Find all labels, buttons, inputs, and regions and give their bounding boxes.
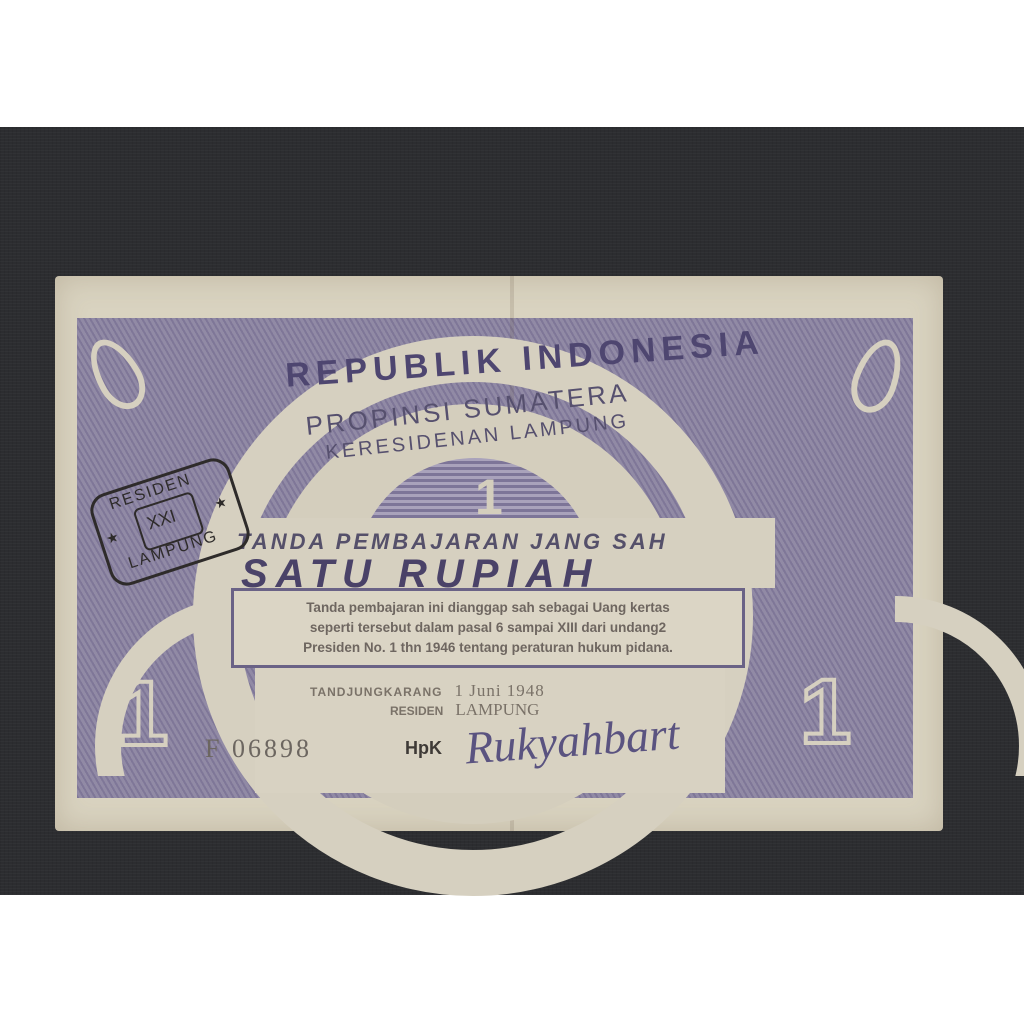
signatory-label: RESIDEN [390, 704, 443, 718]
star-icon: ★ [212, 493, 229, 513]
serial-number: F 06898 [205, 734, 312, 764]
legal-line: Tanda pembajaran ini dianggap sah sebaga… [241, 598, 735, 618]
banknote: REPUBLIK INDONESIA PROPINSI SUMATERA KER… [55, 276, 943, 831]
issue-date: 1 Juni 1948 [454, 681, 544, 700]
issue-place: TANDJUNGKARANG [310, 685, 442, 699]
legal-line: seperti tersebut dalam pasal 6 sampai XI… [241, 618, 735, 638]
issue-line: TANDJUNGKARANG1 Juni 1948 [310, 681, 545, 701]
corner-denomination-right: 1 [800, 660, 851, 765]
legal-line: Presiden No. 1 thn 1946 tentang peratura… [241, 638, 735, 658]
corner-denomination-left: 1 [117, 662, 168, 767]
series-code: HpK [405, 738, 442, 759]
legal-text: Tanda pembajaran ini dianggap sah sebaga… [241, 598, 735, 658]
star-icon: ★ [104, 528, 121, 548]
